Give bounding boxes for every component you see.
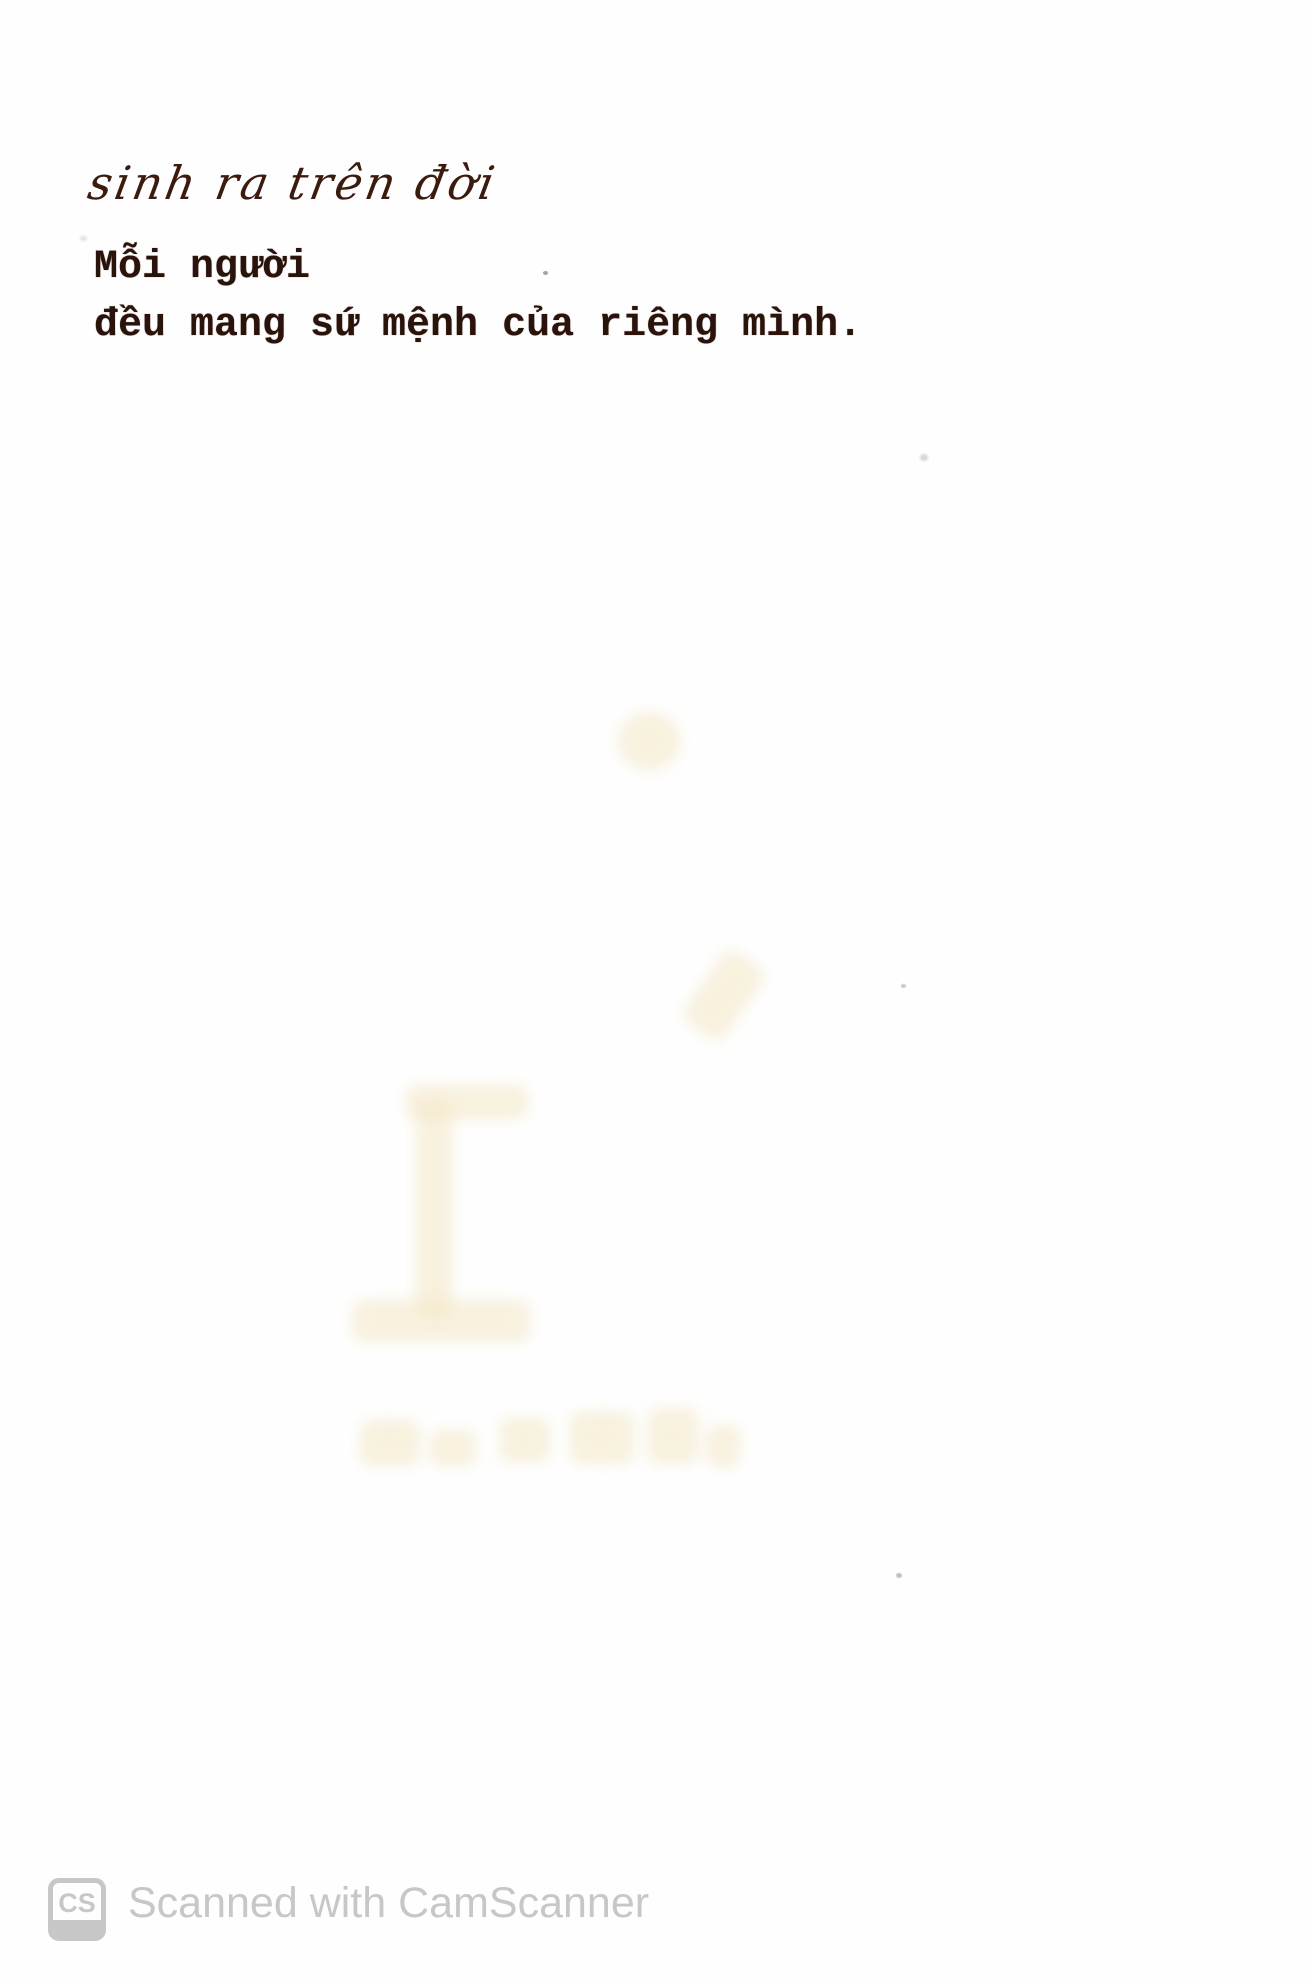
- camscanner-icon-label: CS: [53, 1888, 101, 1919]
- camscanner-icon-bar: [53, 1920, 101, 1936]
- bleed-through-text-blotch: [706, 1425, 740, 1467]
- scan-speck: [80, 236, 87, 241]
- typed-quote-line-1: Mỗi người: [94, 248, 310, 288]
- typed-quote-line-2: đều mang sứ mệnh của riêng mình.: [94, 306, 862, 346]
- scan-speck: [543, 271, 548, 275]
- bleed-through-text-blotch: [648, 1408, 698, 1464]
- camscanner-icon: CS: [48, 1878, 106, 1941]
- bleed-through-text-blotch: [430, 1430, 476, 1466]
- bleed-through-numeral-stem: [416, 1102, 452, 1317]
- scan-speck: [896, 1573, 902, 1578]
- bleed-through-text-blotch: [570, 1412, 634, 1464]
- handwritten-quote-line: sinh ra trên đời: [84, 156, 502, 210]
- bleed-through-blob: [618, 712, 680, 770]
- bleed-through-streak: [680, 946, 769, 1044]
- camscanner-watermark-text: Scanned with CamScanner: [128, 1882, 649, 1925]
- scanned-book-page: sinh ra trên đời Mỗi người đều mang sứ m…: [0, 0, 1312, 1984]
- bleed-through-text-blotch: [360, 1420, 420, 1466]
- bleed-through-text-blotch: [500, 1418, 550, 1462]
- bleed-through-numeral-base: [352, 1300, 530, 1342]
- scan-speck: [920, 454, 928, 461]
- scan-speck: [901, 984, 906, 988]
- camscanner-watermark: CS Scanned with CamScanner: [48, 1878, 649, 1941]
